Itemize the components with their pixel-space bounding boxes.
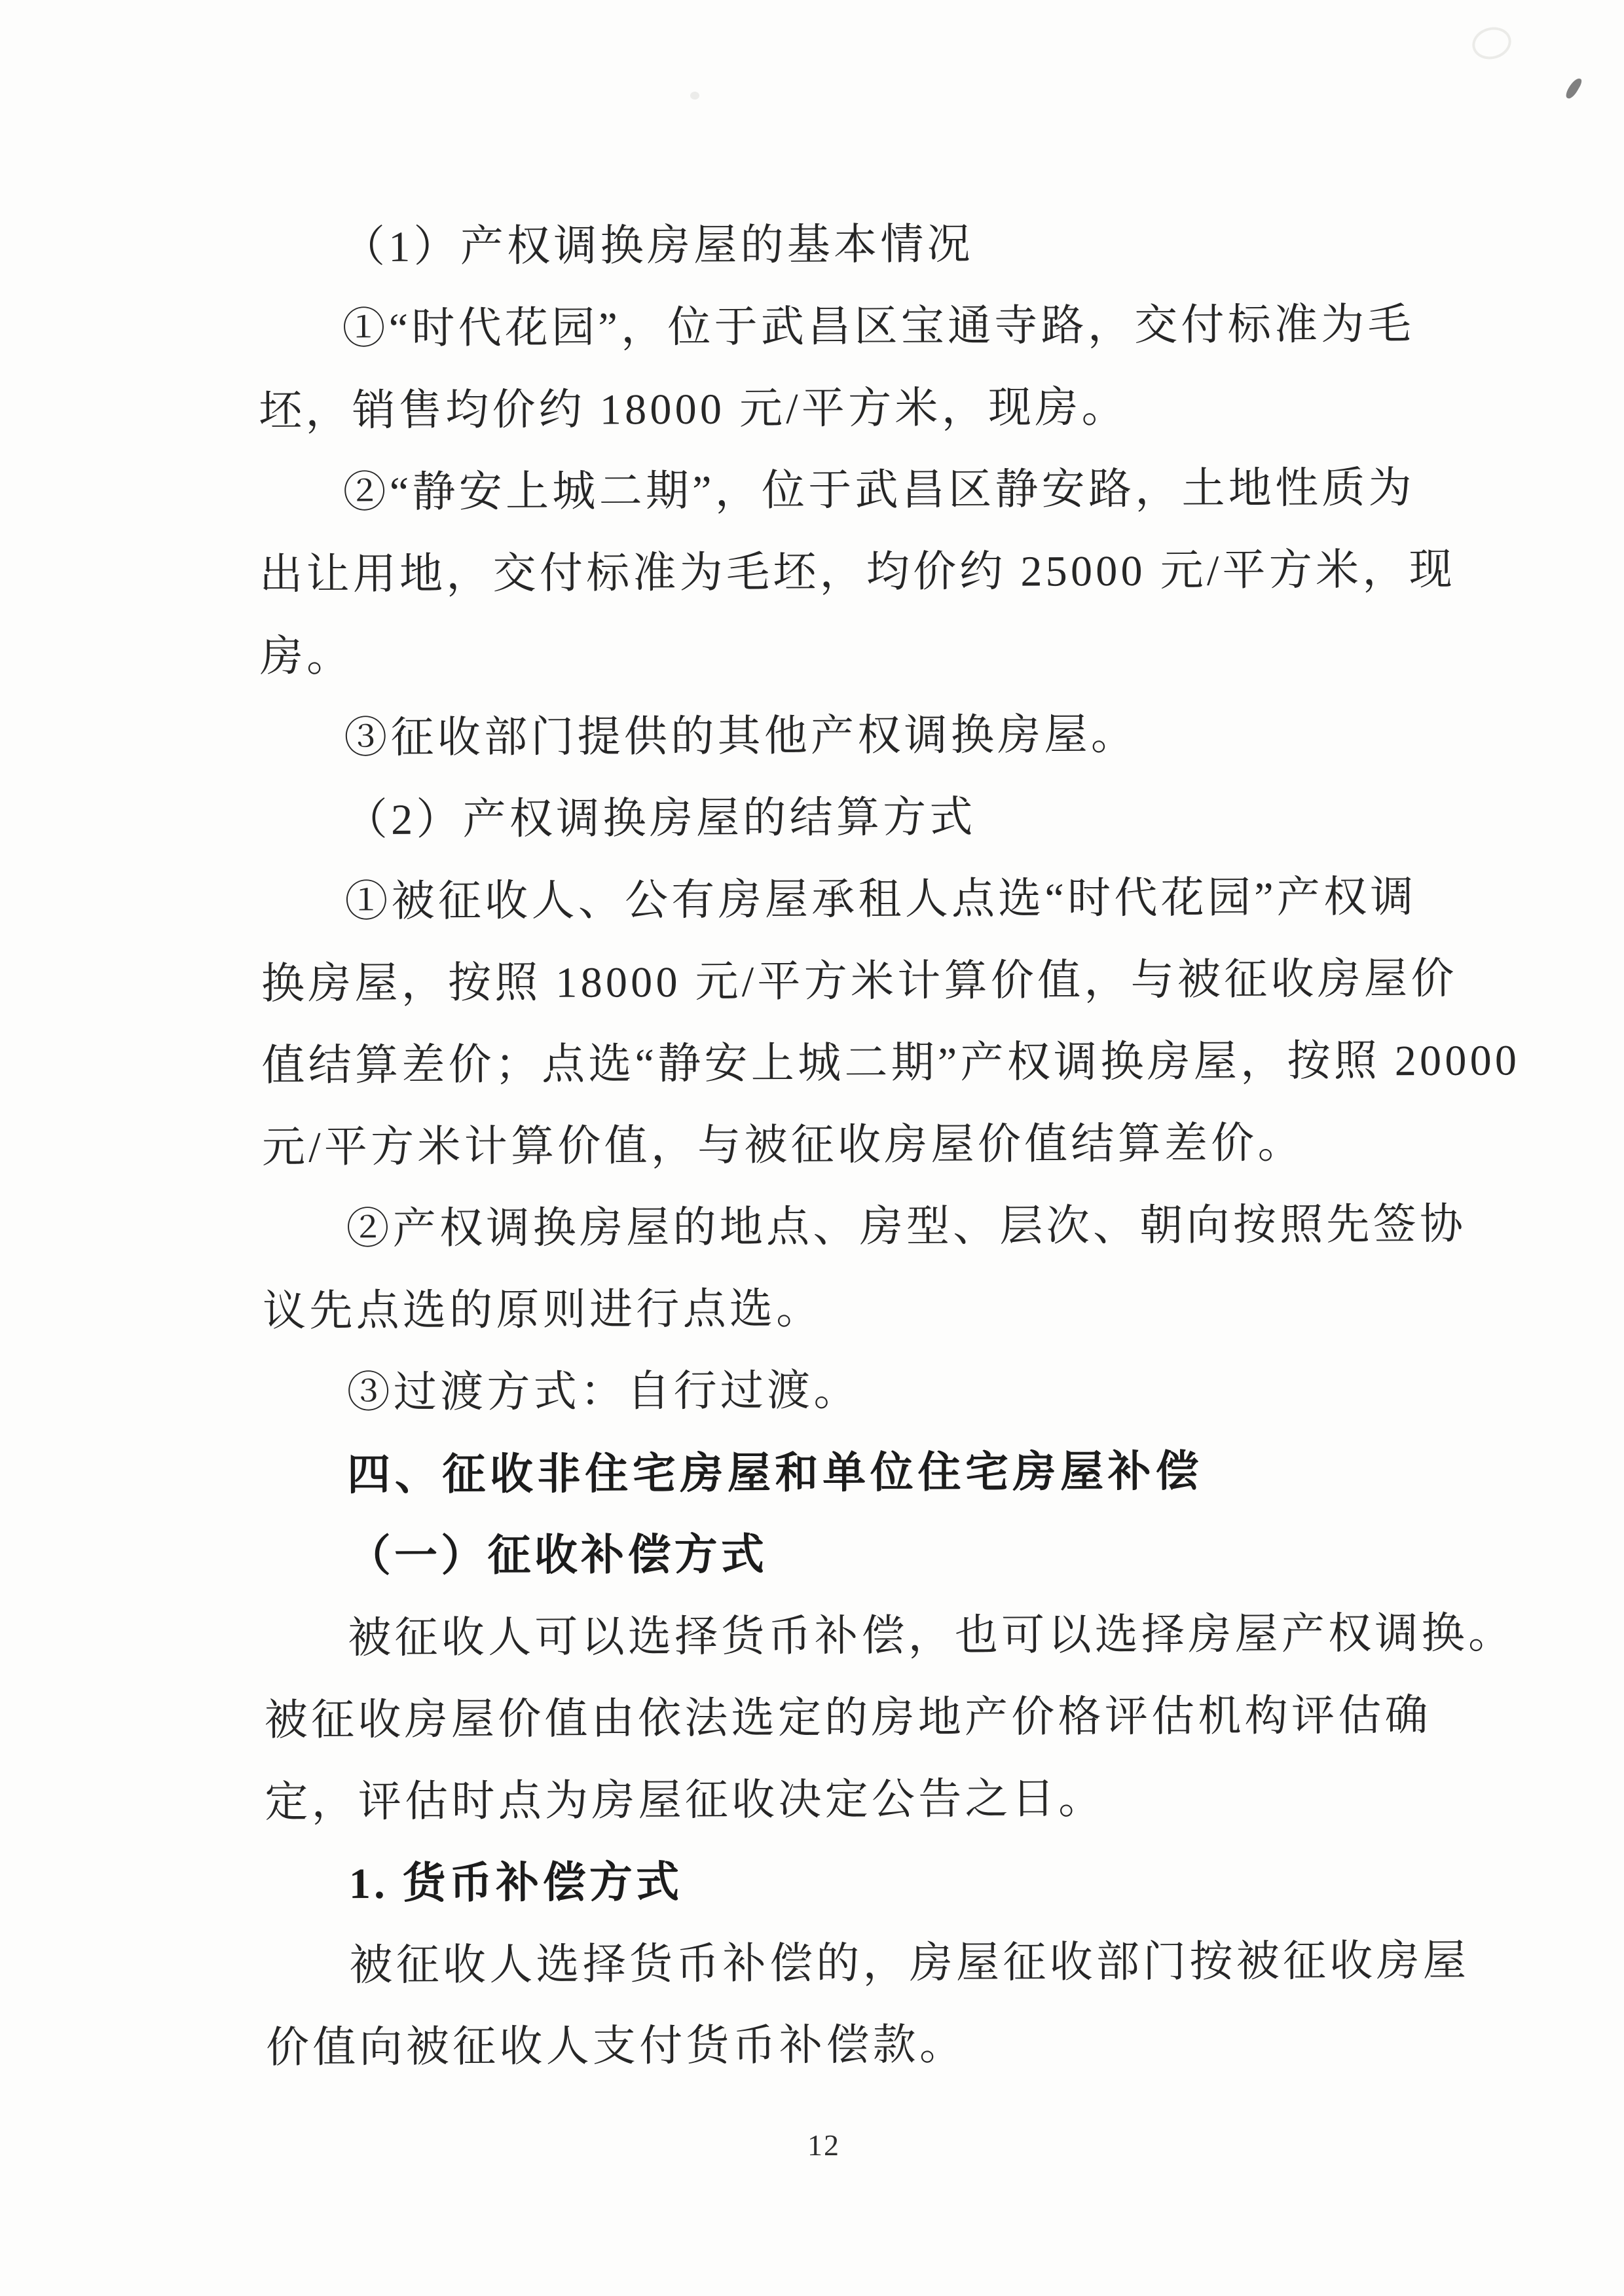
text-line-5: 出让用地，交付标准为毛坯，均价约 25000 元/平方米，现 — [259, 529, 1384, 615]
text-line-15: ③过渡方式：自行过渡。 — [263, 1347, 1387, 1434]
text-line-9: ①被征收人、公有房屋承租人点选“时代花园”产权调 — [261, 856, 1385, 943]
page-number: 12 — [262, 2129, 1386, 2162]
text-line-18: 被征收人可以选择货币补偿，也可以选择房屋产权调换。 — [264, 1593, 1388, 1679]
text-line-17: （一）征收补偿方式 — [263, 1511, 1388, 1597]
text-line-8: （2）产权调换房屋的结算方式 — [261, 774, 1385, 861]
scan-smudge — [1469, 23, 1515, 64]
text-line-4: ②“静安上城二期”，位于武昌区静安路，土地性质为 — [259, 447, 1383, 534]
text-line-6: 房。 — [259, 611, 1384, 697]
scan-dot — [690, 92, 699, 100]
text-line-21: 1. 货币补偿方式 — [265, 1838, 1390, 1925]
text-line-14: 议先点选的原则进行点选。 — [263, 1266, 1387, 1352]
text-line-13: ②产权调换房屋的地点、房型、层次、朝向按照先签协 — [262, 1184, 1386, 1270]
scan-speck-mark — [1564, 77, 1584, 100]
text-line-20: 定，评估时点为房屋征收决定公告之日。 — [265, 1757, 1389, 1843]
document-page: （1）产权调换房屋的基本情况①“时代花园”，位于武昌区宝通寺路，交付标准为毛坯，… — [0, 0, 1624, 2296]
text-line-23: 价值向被征收人支付货币补偿款。 — [266, 2002, 1390, 2088]
text-line-2: ①“时代花园”，位于武昌区宝通寺路，交付标准为毛 — [258, 283, 1382, 370]
text-line-19: 被征收房屋价值由依法选定的房地产价格评估机构评估确 — [265, 1675, 1389, 1761]
text-line-10: 换房屋，按照 18000 元/平方米计算价值，与被征收房屋价 — [261, 938, 1386, 1025]
text-line-7: ③征收部门提供的其他产权调换房屋。 — [260, 693, 1384, 779]
text-line-12: 元/平方米计算价值，与被征收房屋价值结算差价。 — [262, 1102, 1386, 1188]
text-line-22: 被征收人选择货币补偿的，房屋征收部门按被征收房屋 — [265, 1920, 1390, 2007]
text-line-1: （1）产权调换房屋的基本情况 — [258, 202, 1382, 288]
text-line-11: 值结算差价；点选“静安上城二期”产权调换房屋，按照 20000 — [261, 1020, 1386, 1106]
text-line-16: 四、征收非住宅房屋和单位住宅房屋补偿 — [263, 1429, 1388, 1516]
text-line-3: 坯，销售均价约 18000 元/平方米，现房。 — [259, 365, 1383, 452]
document-text-block: （1）产权调换房屋的基本情况①“时代花园”，位于武昌区宝通寺路，交付标准为毛坯，… — [258, 202, 1390, 2088]
